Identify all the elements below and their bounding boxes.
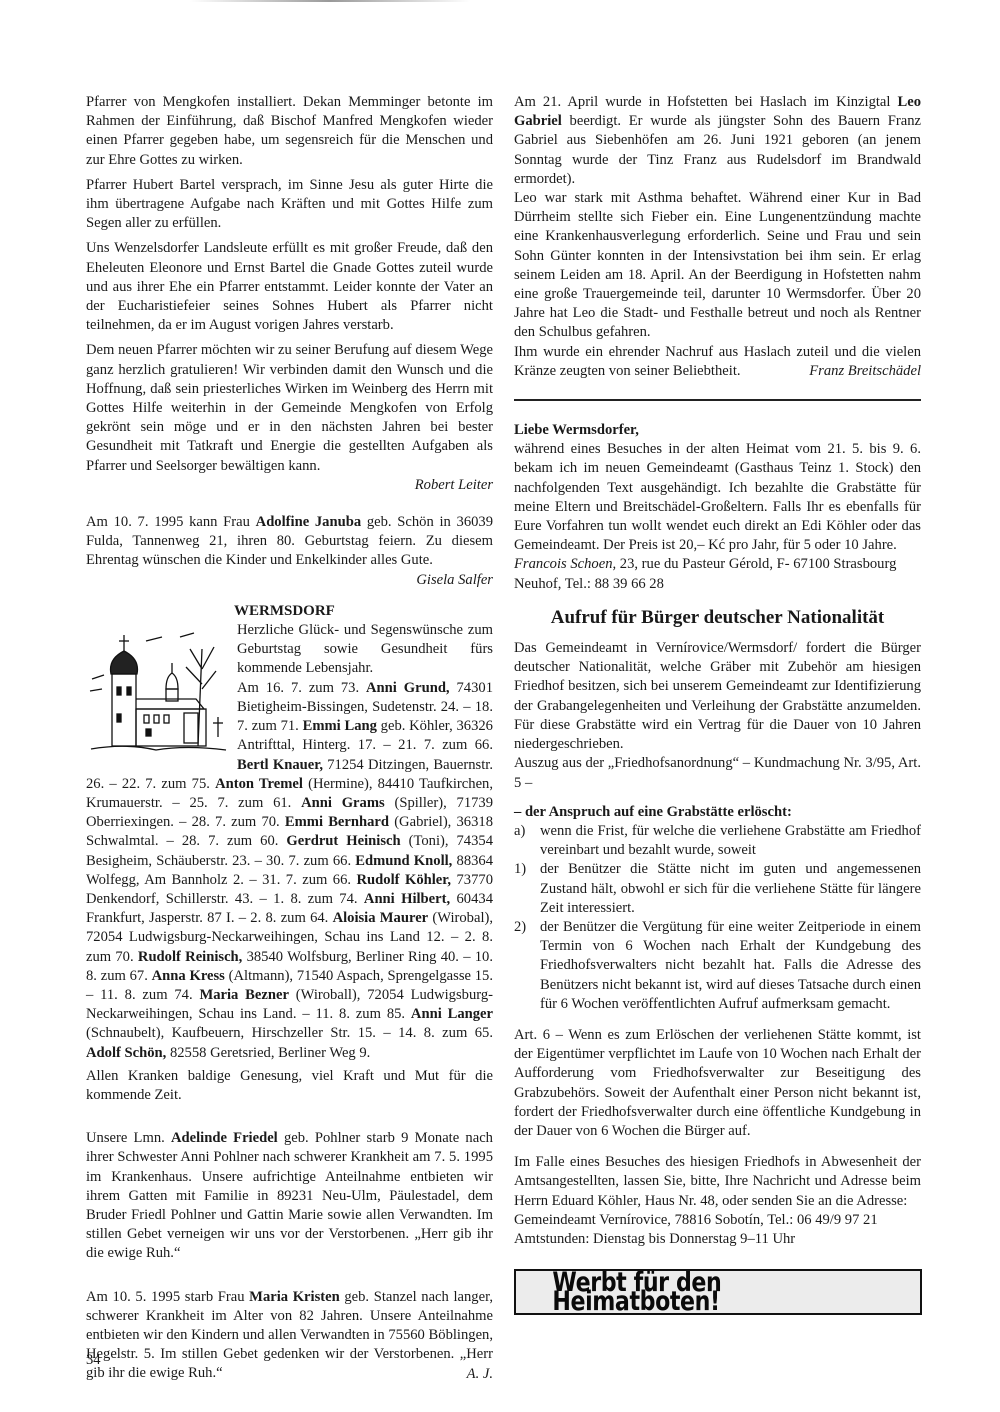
list-item: 1)der Benützer die Stätte nicht im guten… [514, 860, 921, 918]
paragraph-gabriel-illness: Leo war stark mit Asthma behaftet. Währe… [514, 189, 921, 343]
right-column: Am 21. April wurde in Hofstetten bei Has… [514, 93, 921, 1315]
section-divider [514, 399, 921, 401]
aufruf-subheading: – der Anspruch auf eine Grabstätte erlös… [514, 803, 921, 822]
letter-body: während eines Besuches in der alten Heim… [514, 440, 921, 555]
paragraph-get-well: Allen Kranken baldige Genesung, viel Kra… [86, 1067, 493, 1105]
aufruf-office-hours: Amtstunden: Dienstag bis Donnerstag 9–11… [514, 1230, 921, 1249]
signature-breitschaedel: Franz Breitschädel [809, 362, 921, 381]
letter-greeting: Liebe Wermsdorfer, [514, 421, 921, 440]
paragraph-parents: Uns Wenzelsdorfer Landsleute erfüllt es … [86, 239, 493, 335]
paragraph-gabriel-tribute: Ihm wurde ein ehrender Nachruf aus Hasla… [514, 343, 921, 381]
list-item: a)wenn die Frist, für welche die verlieh… [514, 822, 921, 860]
name-januba: Adolfine Januba [256, 514, 361, 530]
paragraph-promise: Pfarrer Hubert Bartel versprach, im Sinn… [86, 176, 493, 234]
signature-robert-leiter: Robert Leiter [86, 476, 493, 495]
name-kristen: Maria Kristen [249, 1289, 340, 1305]
name-friedel: Adelinde Friedel [171, 1130, 278, 1146]
heimatbote-banner: Werbt für den Heimatboten! [514, 1269, 922, 1315]
banner-text: Werbt für den Heimatboten! [552, 1273, 883, 1311]
paragraph-obituary-gabriel: Am 21. April wurde in Hofstetten bei Has… [514, 93, 921, 189]
aufruf-heading: Aufruf für Bürger deutscher Nationalität [514, 608, 921, 627]
page-number: 34 [86, 1352, 101, 1369]
aufruf-paragraph-3: Im Falle eines Besuches des hiesigen Fri… [514, 1153, 921, 1211]
paragraph-januba: Am 10. 7. 1995 kann Frau Adolfine Januba… [86, 513, 493, 571]
scan-edge [190, 0, 470, 2]
paragraph-installation: Pfarrer von Mengkofen installiert. Dekan… [86, 93, 493, 170]
wermsdorf-section: WERMSDORF Herzliche Glück- u [86, 602, 493, 1105]
aufruf-paragraph-1: Das Gemeindeamt in Vernírovice/Wermsdorf… [514, 639, 921, 754]
paragraph-obituary-friedel: Unsere Lmn. Adelinde Friedel geb. Pohlne… [86, 1129, 493, 1263]
aufruf-article-6: Art. 6 – Wenn es zum Erlöschen der verli… [514, 1026, 921, 1141]
letter-signature: Francois Schoen, 23, rue du Pasteur Géro… [514, 555, 921, 593]
aufruf-address: Gemeindeamt Vernírovice, 78816 Sobotín, … [514, 1211, 921, 1230]
aufruf-paragraph-2: Auszug aus der „Friedhofsanordnung“ – Ku… [514, 754, 921, 792]
left-column: Pfarrer von Mengkofen installiert. Dekan… [86, 93, 493, 1384]
signature-gisela-salfer: Gisela Salfer [86, 571, 493, 590]
church-illustration-icon [86, 629, 231, 757]
paragraph-congratulations: Dem neuen Pfarrer möchten wir zu seiner … [86, 341, 493, 475]
list-item: 2)der Benützer die Vergütung für eine we… [514, 918, 921, 1014]
section-title-wermsdorf: WERMSDORF [234, 602, 493, 621]
grave-conditions-list: a)wenn die Frist, für welche die verlieh… [514, 822, 921, 1014]
